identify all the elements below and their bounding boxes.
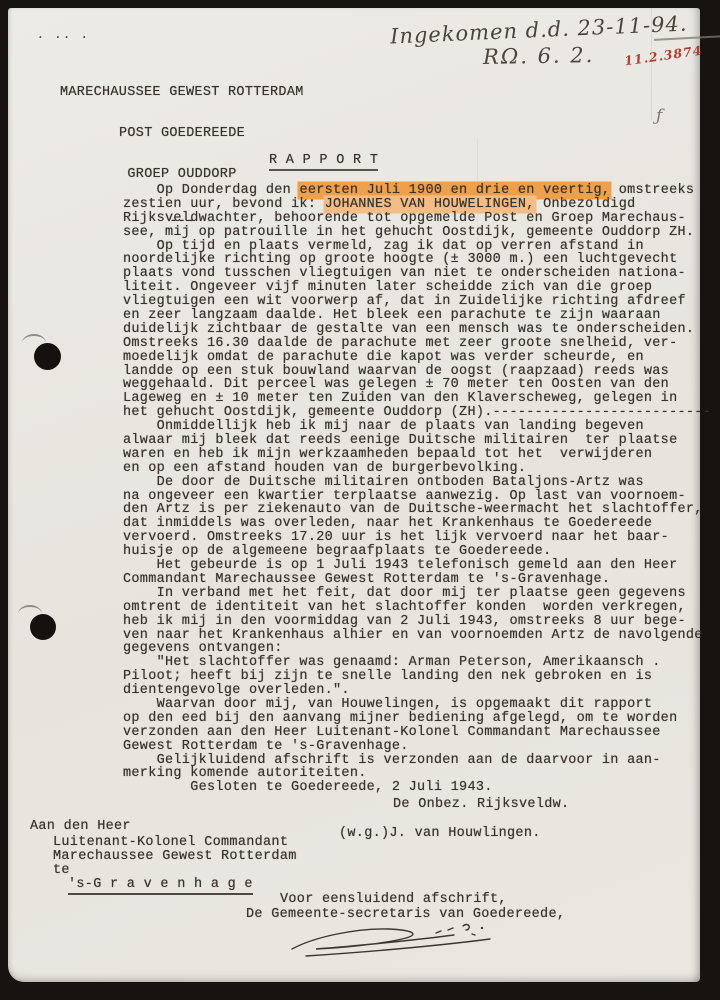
body-line: dat inmiddels was overleden, naar het Kr… (123, 517, 703, 531)
body-line: na ongeveer een kwartier terplaatse aanw… (123, 490, 703, 504)
hole-punch-top (34, 343, 61, 370)
body-line: In verband met het feit, dat door mij te… (123, 587, 703, 601)
body-line: plaats vond tusschen vliegtuigen van nie… (123, 267, 703, 281)
address-line: Aan den Heer (30, 819, 131, 834)
body-line: en zeer langzaam daalde. Het bleek een p… (123, 309, 703, 323)
letterhead-line: POST GOEDEREEDE (60, 127, 304, 141)
body-line: verzonden aan den Heer Luitenant-Kolonel… (123, 726, 703, 740)
body-line: Rijksveldwachter, behoorende tot opgemel… (123, 212, 703, 226)
pencil-mark-f: ƒ (656, 106, 662, 126)
body-line: Gelijkluidend afschrift is verzonden aan… (123, 754, 703, 768)
body-line: en op een afstand houden van de burgerbe… (123, 462, 703, 476)
body-line: De door de Duitsche militairen ontboden … (123, 476, 703, 490)
body-line: huisje op de algemeene begraafplaats te … (123, 545, 703, 559)
body-line: Op tijd en plaats vermeld, zag ik dat op… (123, 240, 703, 254)
pencil-arc (22, 334, 46, 343)
body-line: Piloot; heeft bij zijn te snelle landing… (123, 670, 703, 684)
body-line: noordelijke richting op groote hoogte (±… (123, 253, 703, 267)
body-line: Waarvan door mij, van Houwelingen, is op… (123, 698, 703, 712)
highlight-marker: JOHANNES VAN HOUWELINGEN, (325, 197, 535, 212)
body-line: liteit. Ongeveer vijf minuten later sche… (123, 281, 703, 295)
body-line: zestien uur, bevond ik: JOHANNES VAN HOU… (123, 198, 703, 212)
letterhead-line: GROEP OUDDORP (60, 168, 304, 182)
body-line: duidelijk zichtbaar de gestalte van een … (123, 323, 703, 337)
red-archive-number: 11.2.3874 (623, 43, 703, 69)
paper-sheet: · ·· · ƒ Ingekomen d.d. 23-11-94. RΩ. 6.… (8, 8, 700, 982)
body-line: landde op een stuk bouwland waarvan de o… (123, 365, 703, 379)
body-line: "Het slachtoffer was genaamd: Arman Pete… (123, 656, 703, 670)
pencil-dots: · ·· · (38, 28, 91, 46)
body-line: omtrent de identiteit van het slachtoffe… (123, 601, 703, 615)
body-line: het gehucht Oostdijk, gemeente Ouddorp (… (123, 406, 703, 420)
pencil-arc (18, 605, 42, 614)
body-line: vervoerd. Omstreeks 17.20 uur is het lij… (123, 531, 703, 545)
body-line: Onmiddellijk heb ik mij naar de plaats v… (123, 420, 703, 434)
body-line: ven naar het Krankenhaus alhier en van v… (123, 629, 703, 643)
signoff-role: De Onbez. Rijksveldw. (393, 797, 569, 812)
body-line: Gewest Rotterdam te 's-Gravenhage. (123, 740, 703, 754)
body-line: moedelijk omdat de parachute die kapot w… (123, 351, 703, 365)
hole-punch-bottom (30, 614, 56, 640)
body-line: weggehaald. Dit perceel was gelegen ± 70… (123, 378, 703, 392)
body-line: op den eed bij den aanvang mijner bedien… (123, 712, 703, 726)
body-line: waren en heb ik mijn werkzaamheden bepaa… (123, 448, 703, 462)
body-line: Op Donderdag den eersten Juli 1900 en dr… (123, 184, 703, 198)
body-line: see, mij op patrouille in het gehucht Oo… (123, 226, 703, 240)
address-line: Marechaussee Gewest Rotterdam (53, 849, 297, 864)
highlight-marker: eersten Juli 1900 en drie en veertig, (299, 183, 610, 198)
report-title: R A P P O R T (269, 153, 378, 171)
address-line: te (53, 863, 70, 878)
certification-line: Voor eensluidend afschrift, (280, 892, 507, 907)
body-line: Commandant Marechaussee Gewest Rotterdam… (123, 573, 703, 587)
scanned-document: · ·· · ƒ Ingekomen d.d. 23-11-94. RΩ. 6.… (0, 0, 720, 1000)
report-body: Op Donderdag den eersten Juli 1900 en dr… (123, 184, 703, 795)
body-line: alwaar mij bleek dat reeds eenige Duitsc… (123, 434, 703, 448)
address-line: Luitenant-Kolonel Commandant (53, 835, 288, 850)
body-line: Omstreeks 16.30 daalde de parachute met … (123, 337, 703, 351)
body-line: den Artz is per ziekenauto van de Duitsc… (123, 503, 703, 517)
body-line: Lageweg en ± 10 meter ten Zuiden van den… (123, 392, 703, 406)
body-line: dientengevolge overleden.". (123, 684, 703, 698)
address-city: 's-G r a v e n h a g e (68, 877, 253, 895)
signature (286, 916, 521, 966)
letterhead-line: MARECHAUSSEE GEWEST ROTTERDAM (60, 86, 304, 100)
reference-handwriting: RΩ. 6. 2. (483, 43, 595, 69)
body-line: gegevens ontvangen: (123, 642, 703, 656)
body-line: Gesloten te Goedereede, 2 Juli 1943. (123, 781, 703, 795)
body-line: Het gebeurde is op 1 Juli 1943 telefonis… (123, 559, 703, 573)
received-stamp-handwriting: Ingekomen d.d. 23-11-94. (390, 12, 688, 49)
body-line: heb ik mij in den voormiddag van 2 Juli … (123, 615, 703, 629)
signoff-signature-line: (w.g.)J. van Houwlingen. (339, 826, 541, 841)
body-line: vliegtuigen een wit voorwerp af, dat in … (123, 295, 703, 309)
body-line: merking komende autoriteiten. (123, 767, 703, 781)
